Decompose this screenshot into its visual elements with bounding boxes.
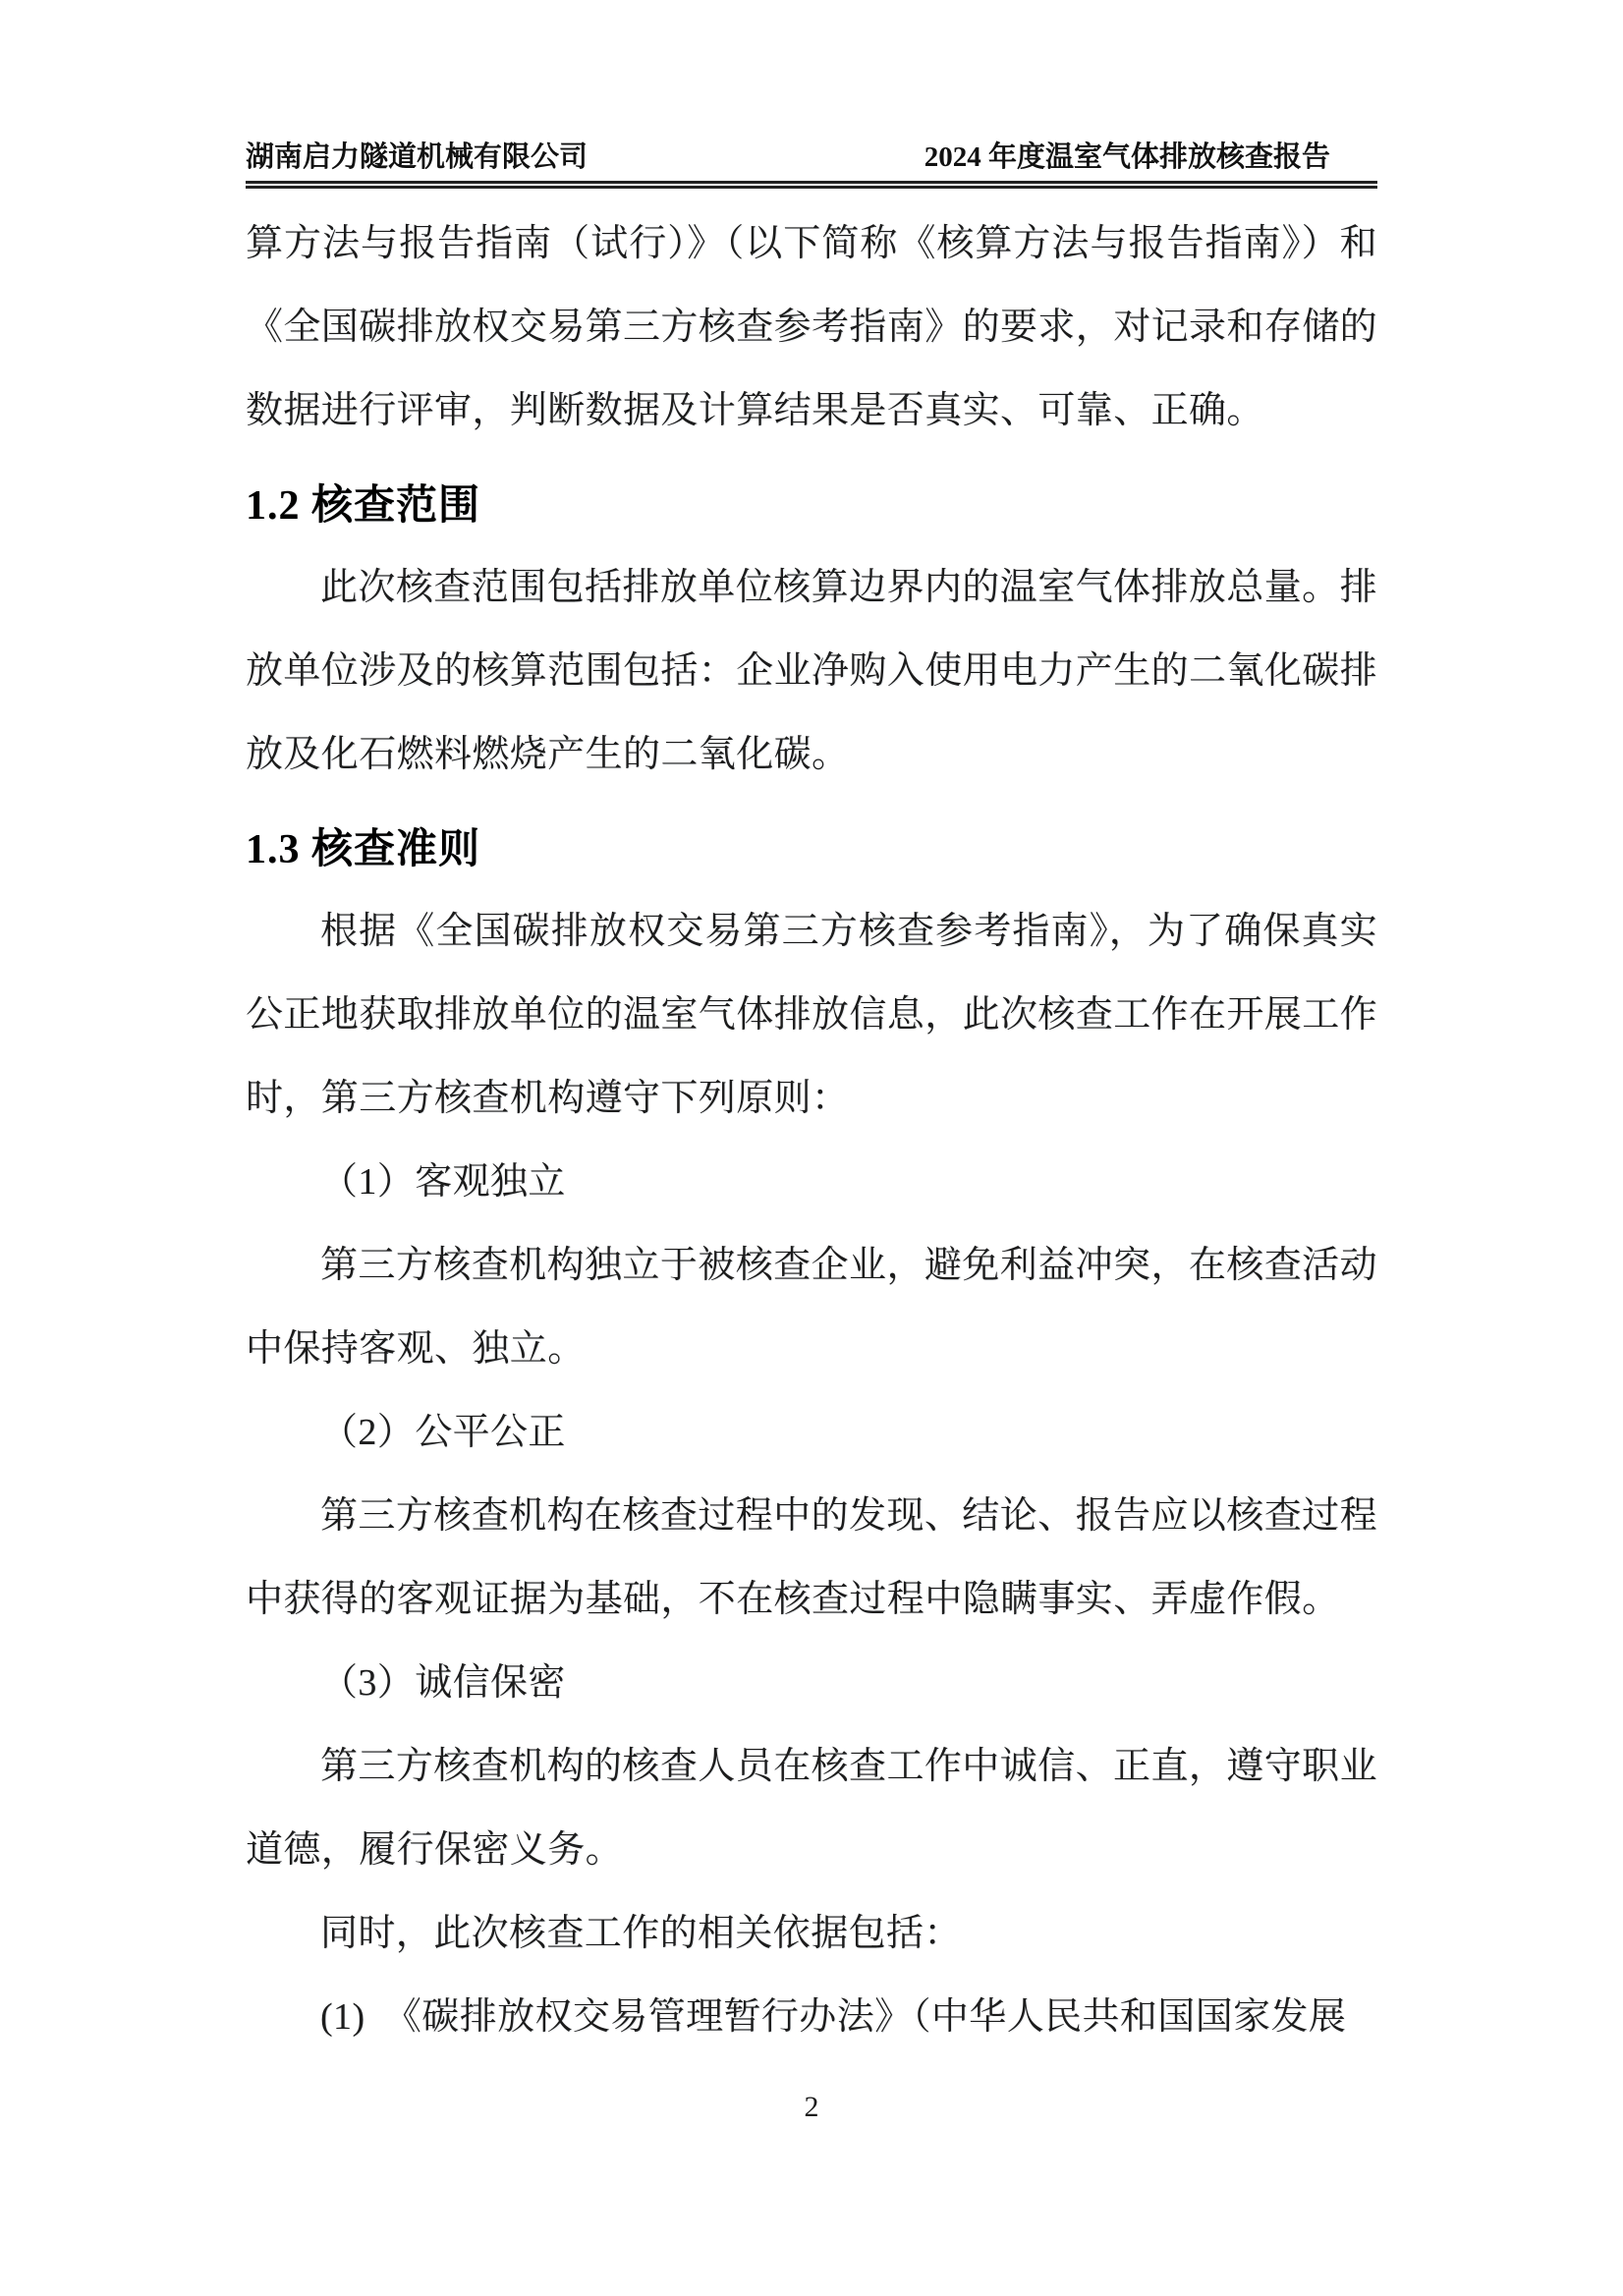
body-paragraph: 此次核查范围包括排放单位核算边界内的温室气体排放总量。排放单位涉及的核算范围包括… [246, 546, 1377, 797]
document-page: 湖南启力隧道机械有限公司 2024 年度温室气体排放核查报告 算方法与报告指南（… [0, 0, 1623, 2296]
page-footer: 2 [0, 2086, 1623, 2129]
list-item-principle-2: （2）公平公正 [246, 1391, 1377, 1475]
header-double-rule [246, 181, 1377, 189]
page-number: 2 [805, 2091, 819, 2123]
list-item-reference-1: (1) 《碳排放权交易管理暂行办法》（中华人民共和国国家发展 [246, 1976, 1377, 2059]
body-paragraph: 第三方核查机构的核查人员在核查工作中诚信、正直，遵守职业道德，履行保密义务。 [246, 1725, 1377, 1892]
section-heading-1-3: 1.3 核查准则 [246, 820, 1377, 879]
body-paragraph: 算方法与报告指南（试行）》（以下简称《核算方法与报告指南》）和《全国碳排放权交易… [246, 202, 1377, 453]
section-heading-1-2: 1.2 核查范围 [246, 476, 1377, 535]
body-paragraph: 根据《全国碳排放权交易第三方核查参考指南》，为了确保真实公正地获取排放单位的温室… [246, 890, 1377, 1141]
header-company: 湖南启力隧道机械有限公司 [246, 140, 588, 175]
body-paragraph: 第三方核查机构独立于被核查企业，避免利益冲突，在核查活动中保持客观、独立。 [246, 1224, 1377, 1391]
page-header: 湖南启力隧道机械有限公司 2024 年度温室气体排放核查报告 [246, 140, 1377, 175]
body-paragraph: 同时，此次核查工作的相关依据包括： [246, 1892, 1377, 1976]
list-item-principle-3: （3）诚信保密 [246, 1642, 1377, 1725]
document-body: 算方法与报告指南（试行）》（以下简称《核算方法与报告指南》）和《全国碳排放权交易… [246, 202, 1377, 2059]
header-report-title: 2024 年度温室气体排放核查报告 [924, 140, 1377, 175]
list-item-principle-1: （1）客观独立 [246, 1141, 1377, 1224]
body-paragraph: 第三方核查机构在核查过程中的发现、结论、报告应以核查过程中获得的客观证据为基础，… [246, 1475, 1377, 1642]
